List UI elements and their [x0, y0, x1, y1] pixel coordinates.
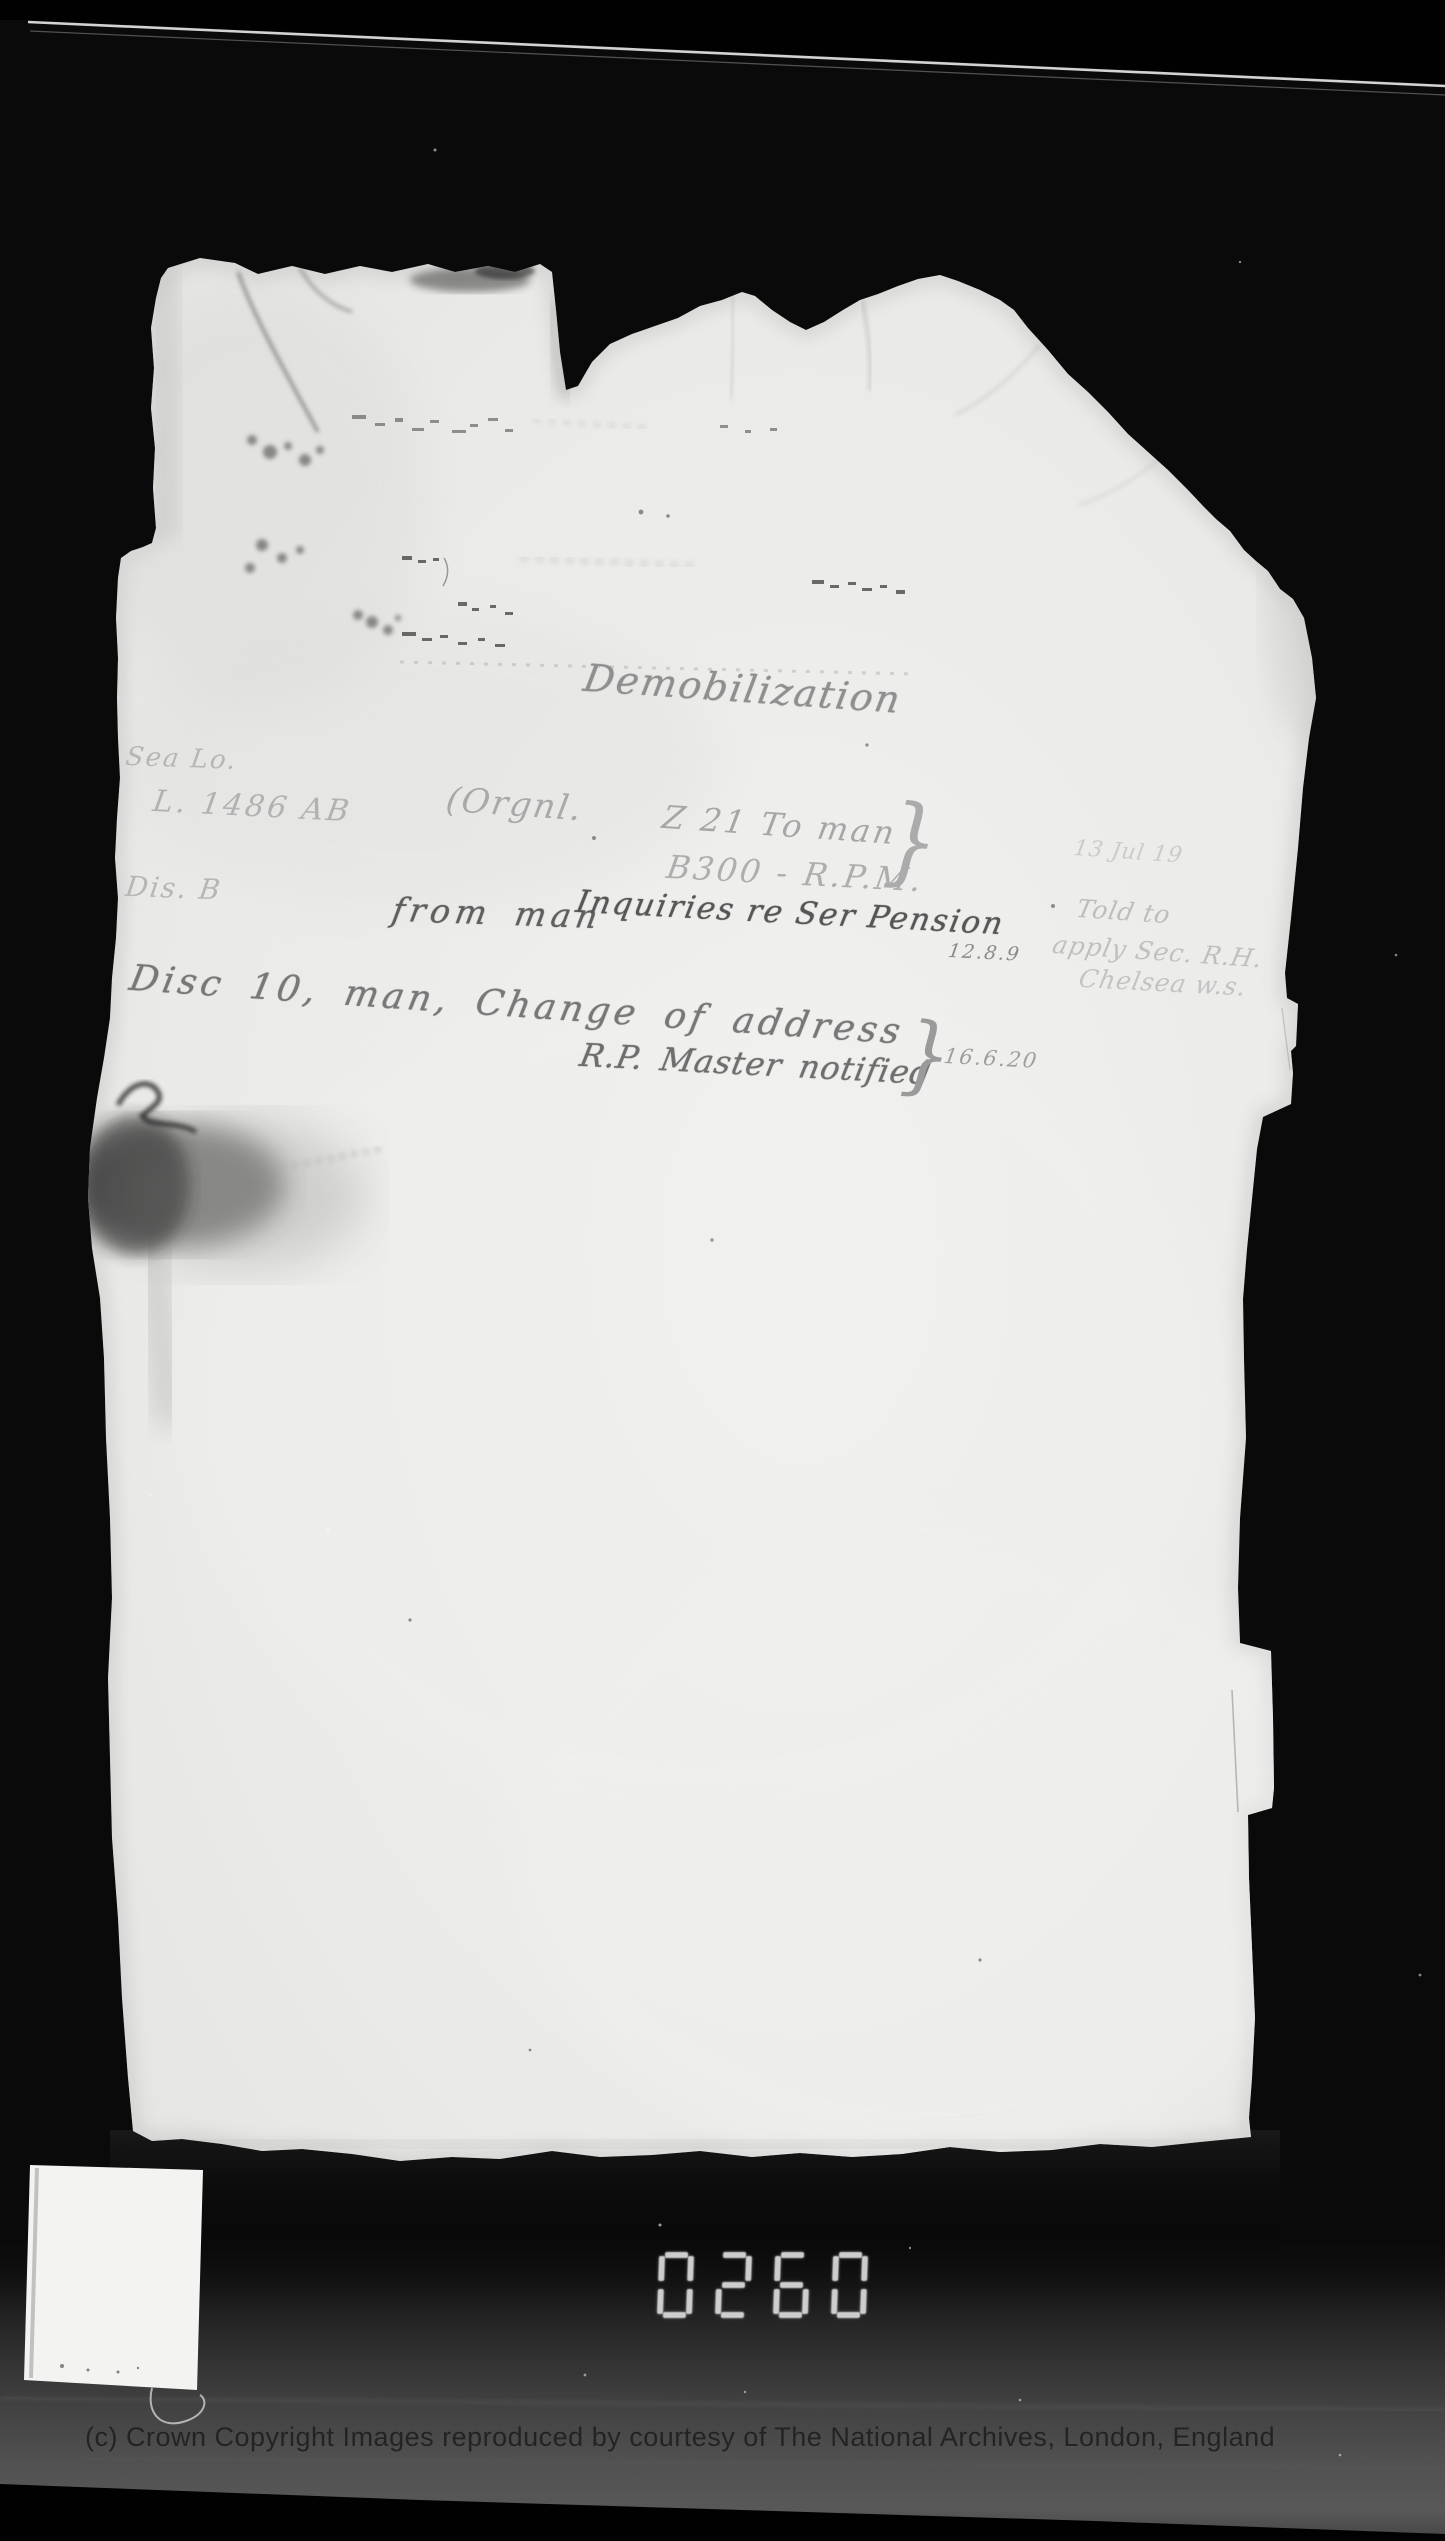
- frame-counter-digit: [773, 2252, 810, 2318]
- frame-counter-digit: [715, 2252, 752, 2318]
- frame-counter: [658, 2252, 867, 2318]
- frame-counter-digit: [657, 2252, 694, 2318]
- microfilm-frame: Demobilization Sea Lo. L. 1486 AB Dis. B…: [0, 0, 1445, 2541]
- copyright-notice: (c) Crown Copyright Images reproduced by…: [85, 2422, 1275, 2453]
- frame-counter-digit: [831, 2252, 868, 2318]
- scan-backdrop: [0, 0, 1445, 2541]
- film-splice-card: [24, 2165, 203, 2390]
